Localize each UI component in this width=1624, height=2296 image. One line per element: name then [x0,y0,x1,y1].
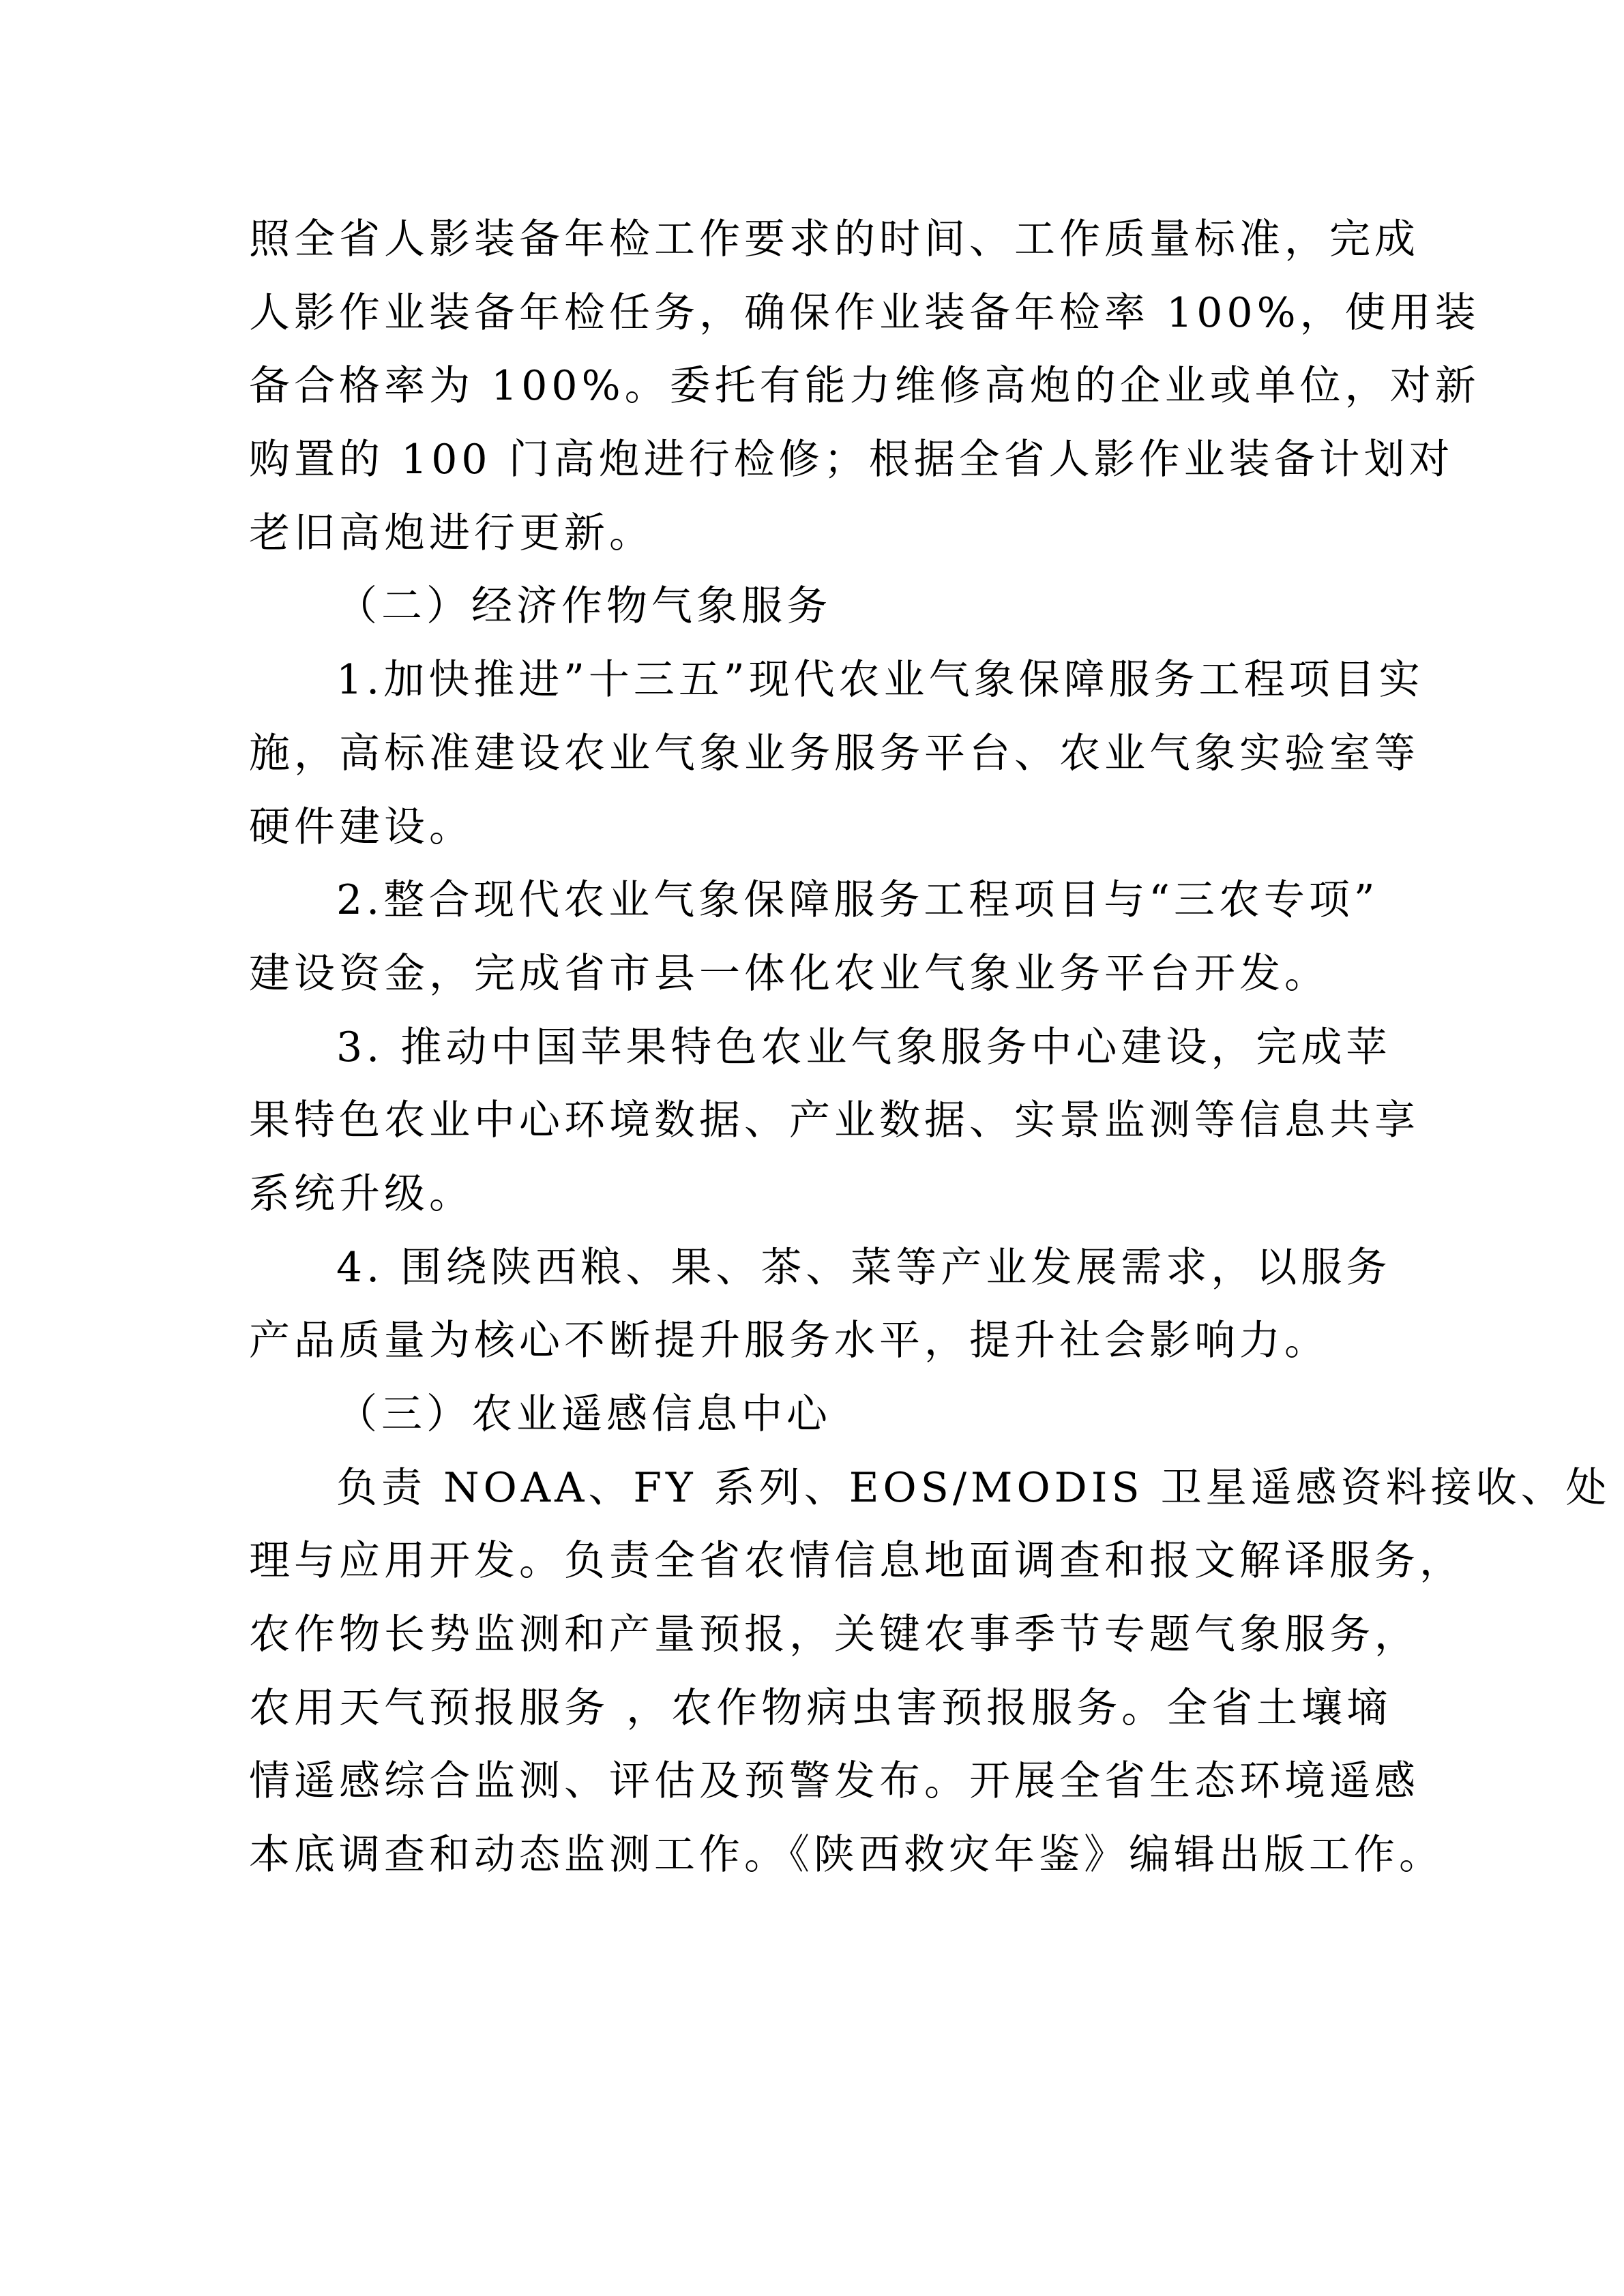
text-line: 3. 推动中国苹果特色农业气象服务中心建设，完成苹 [249,1011,1381,1085]
text-line: 农用天气预报服务 ，农作物病虫害预报服务。全省土壤墒 [249,1672,1381,1746]
text-line: 2.整合现代农业气象保障服务工程项目与“三农专项” [249,864,1381,938]
paragraph-remote-sensing: 负责 NOAA、FY 系列、EOS/MODIS 卫星遥感资料接收、处 理与应用开… [249,1452,1381,1892]
text-line: 果特色农业中心环境数据、产业数据、实景监测等信息共享 [249,1084,1381,1158]
paragraph-item-4: 4. 围绕陕西粮、果、茶、菜等产业发展需求，以服务 产品质量为核心不断提升服务水… [249,1232,1381,1378]
paragraph-item-2: 2.整合现代农业气象保障服务工程项目与“三农专项” 建设资金，完成省市县一体化农… [249,864,1381,1011]
text-line: 本底调查和动态监测工作。《陕西救灾年鉴》编辑出版工作。 [249,1819,1381,1892]
text-line: 产品质量为核心不断提升服务水平，提升社会影响力。 [249,1304,1381,1378]
paragraph-item-1: 1.加快推进”十三五”现代农业气象保障服务工程项目实 施，高标准建设农业气象业务… [249,644,1381,864]
text-line: 照全省人影装备年检工作要求的时间、工作质量标准，完成 [249,203,1381,277]
paragraph-item-3: 3. 推动中国苹果特色农业气象服务中心建设，完成苹 果特色农业中心环境数据、产业… [249,1011,1381,1232]
text-line: 理与应用开发。负责全省农情信息地面调查和报文解译服务， [249,1525,1381,1598]
section-heading-remote-sensing: （三）农业遥感信息中心 [249,1378,1381,1452]
heading-text: （三）农业遥感信息中心 [249,1378,1381,1452]
text-line: 建设资金，完成省市县一体化农业气象业务平台开发。 [249,938,1381,1011]
text-line: 4. 围绕陕西粮、果、茶、菜等产业发展需求，以服务 [249,1232,1381,1305]
text-line: 负责 NOAA、FY 系列、EOS/MODIS 卫星遥感资料接收、处 [249,1452,1381,1525]
text-line: 老旧高炮进行更新。 [249,497,1381,571]
text-line: 备合格率为 100%。委托有能力维修高炮的企业或单位，对新 [249,350,1381,423]
text-line: 人影作业装备年检任务，确保作业装备年检率 100%，使用装 [249,277,1381,351]
text-line: 硬件建设。 [249,791,1381,865]
heading-text: （二）经济作物气象服务 [249,570,1381,644]
text-line: 农作物长势监测和产量预报，关键农事季节专题气象服务， [249,1598,1381,1672]
text-line: 购置的 100 门高炮进行检修；根据全省人影作业装备计划对 [249,423,1381,497]
section-heading-economic-crops: （二）经济作物气象服务 [249,570,1381,644]
text-line: 1.加快推进”十三五”现代农业气象保障服务工程项目实 [249,644,1381,717]
paragraph-equipment-inspection: 照全省人影装备年检工作要求的时间、工作质量标准，完成 人影作业装备年检任务，确保… [249,203,1381,570]
text-line: 情遥感综合监测、评估及预警发布。开展全省生态环境遥感 [249,1745,1381,1819]
document-page: 照全省人影装备年检工作要求的时间、工作质量标准，完成 人影作业装备年检任务，确保… [249,203,1381,1892]
text-line: 施，高标准建设农业气象业务服务平台、农业气象实验室等 [249,717,1381,791]
text-line: 系统升级。 [249,1158,1381,1232]
